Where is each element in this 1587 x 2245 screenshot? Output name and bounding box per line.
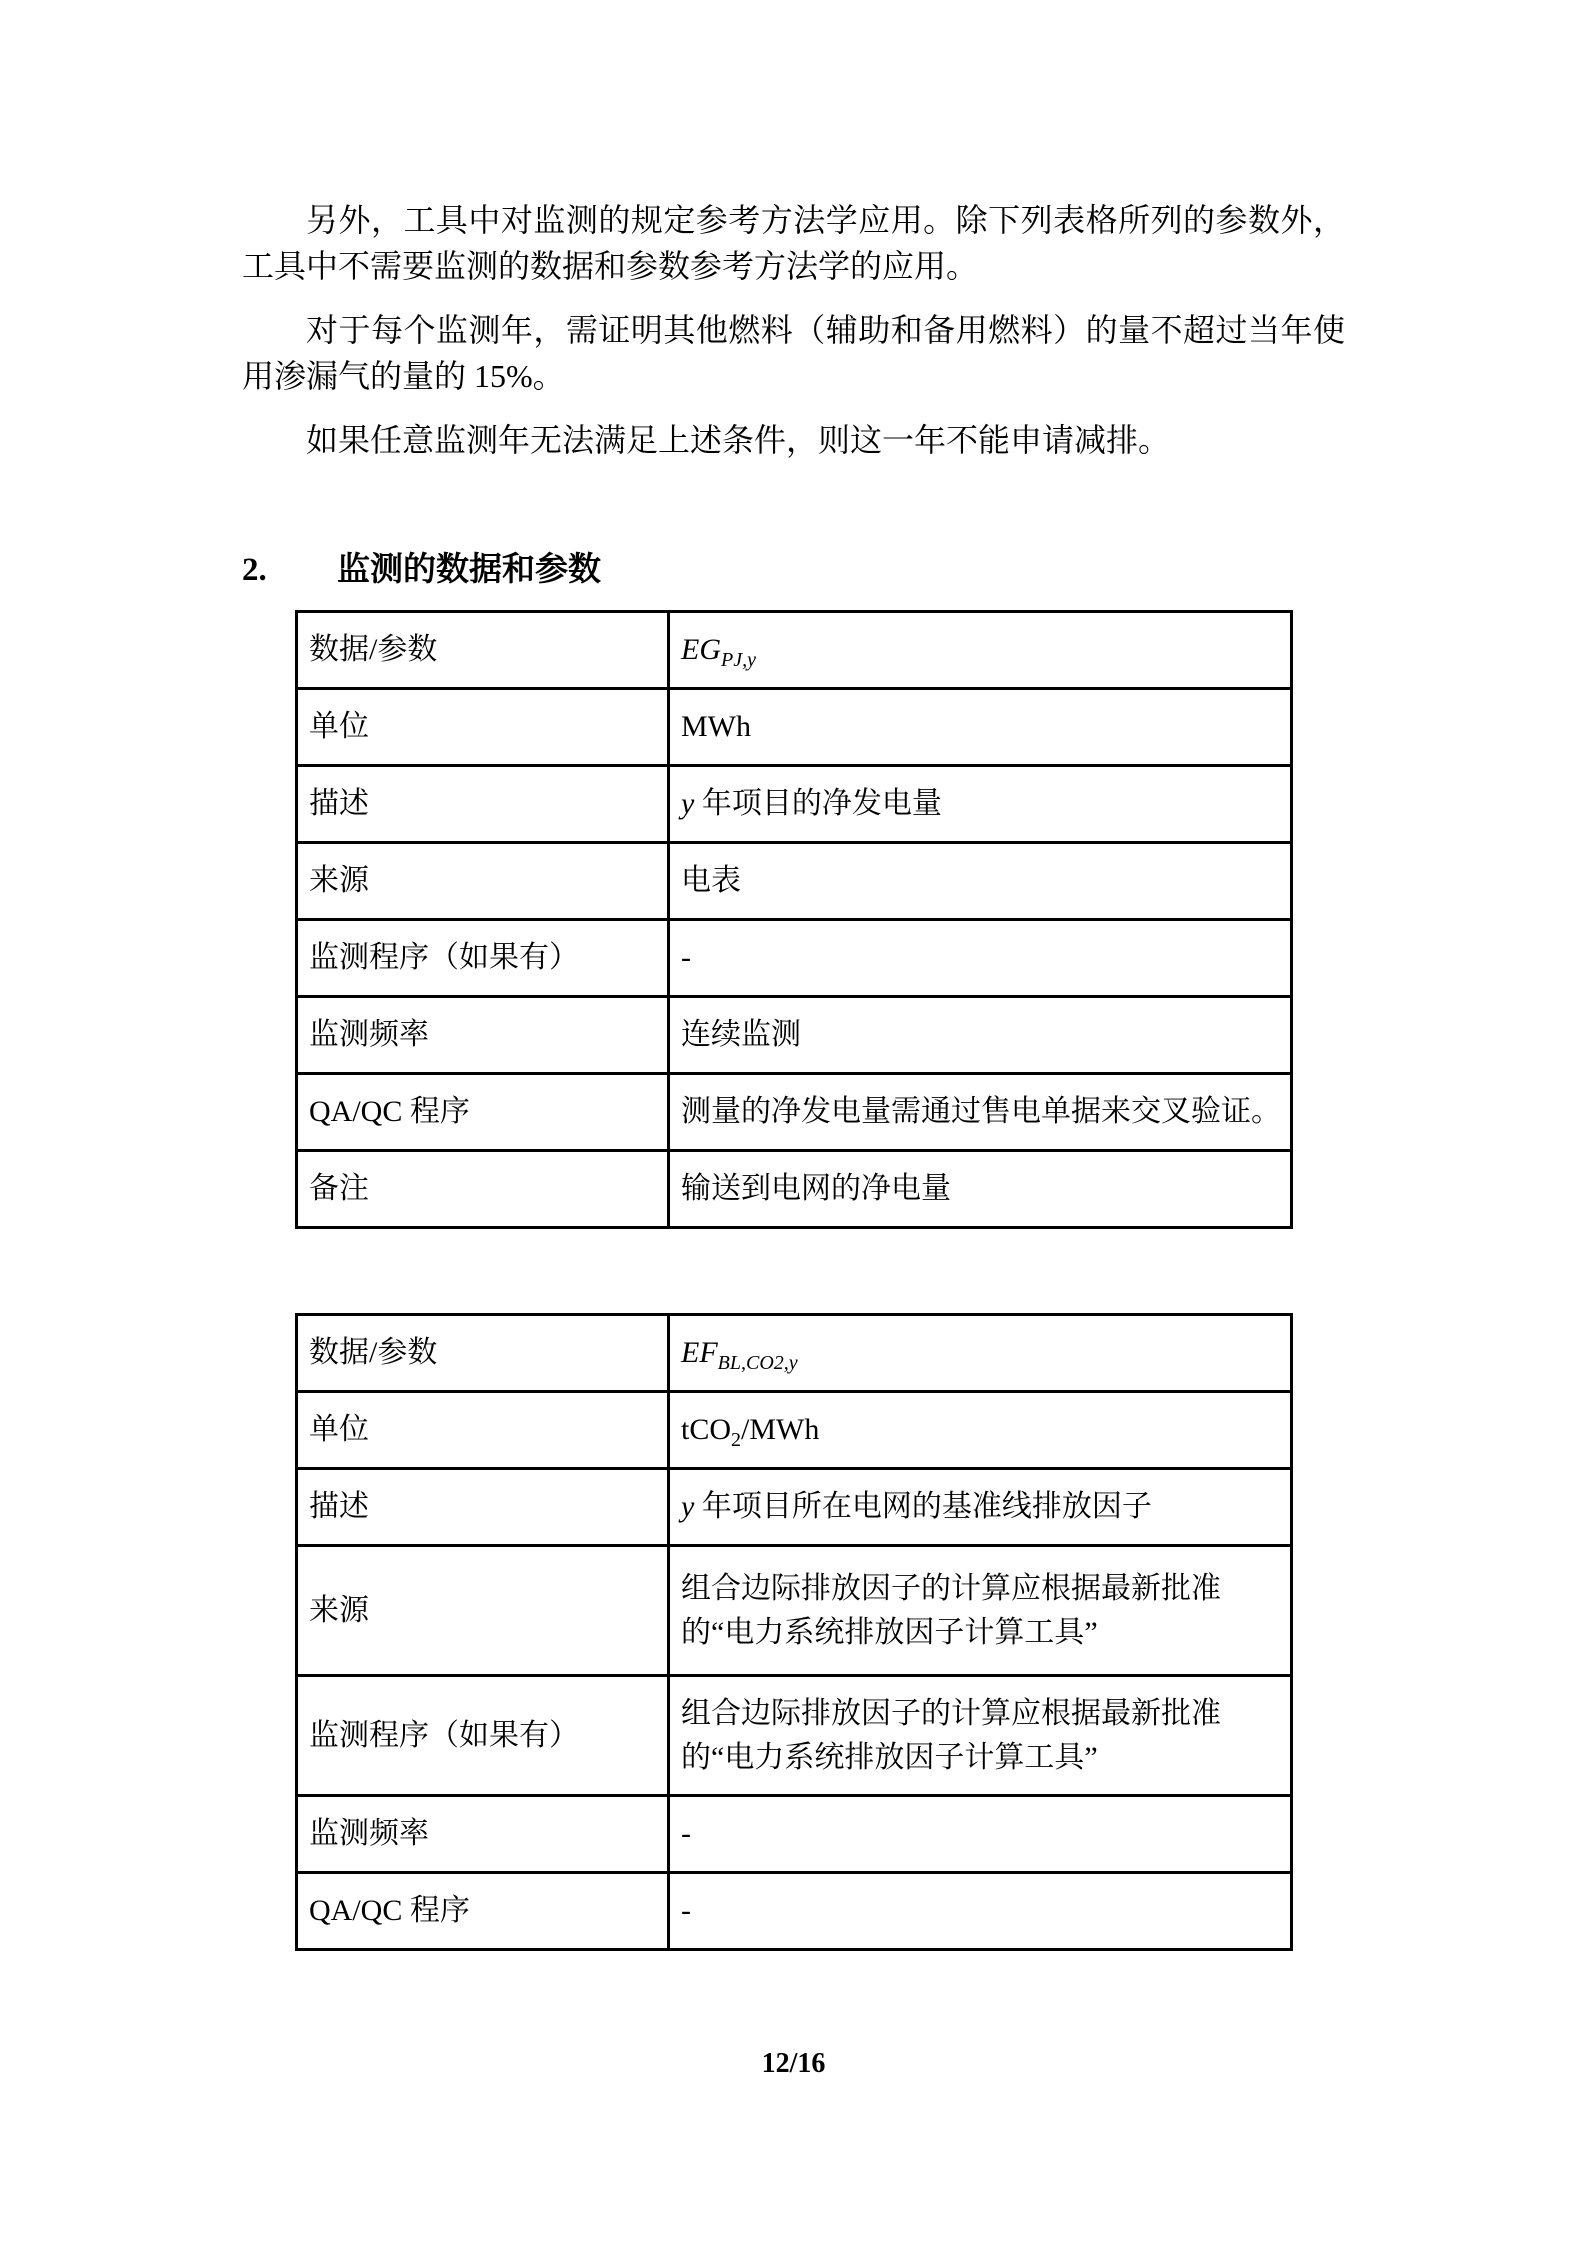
table-row: 监测频率 - xyxy=(297,1796,1292,1873)
unit-text: /MWh xyxy=(741,1413,819,1446)
document-page: 另外，工具中对监测的规定参考方法学应用。除下列表格所列的参数外，工具中不需要监测… xyxy=(0,0,1587,2245)
parameter-symbol: EF xyxy=(681,1336,718,1369)
paragraph: 如果任意监测年无法满足上述条件，则这一年不能申请减排。 xyxy=(242,417,1345,463)
row-label: QA/QC 程序 xyxy=(297,1873,669,1950)
section-heading: 2. 监测的数据和参数 xyxy=(242,547,1345,593)
row-value: EGPJ,y xyxy=(669,612,1292,689)
unit-text: tCO xyxy=(681,1413,731,1446)
table-row: 单位 MWh xyxy=(297,689,1292,766)
variable-symbol: y xyxy=(681,787,694,820)
variable-symbol: y xyxy=(681,1490,694,1523)
parameter-symbol: EG xyxy=(681,633,721,666)
row-value: MWh xyxy=(669,689,1292,766)
table-row: 数据/参数 EGPJ,y xyxy=(297,612,1292,689)
row-value: - xyxy=(669,1873,1292,1950)
table-row: 描述 y 年项目的净发电量 xyxy=(297,766,1292,843)
table-row: 监测频率 连续监测 xyxy=(297,997,1292,1074)
parameter-subscript: PJ,y xyxy=(721,649,756,671)
table-row: 描述 y 年项目所在电网的基准线排放因子 xyxy=(297,1469,1292,1546)
row-label: 监测程序（如果有） xyxy=(297,1676,669,1796)
row-label: 数据/参数 xyxy=(297,1315,669,1392)
unit-subscript: 2 xyxy=(731,1429,741,1451)
section-title: 监测的数据和参数 xyxy=(337,547,601,593)
parameter-table-eg: 数据/参数 EGPJ,y 单位 MWh 描述 y 年项目的净发电量 来源 电表 … xyxy=(295,610,1293,1229)
description-text: 年项目所在电网的基准线排放因子 xyxy=(694,1490,1152,1523)
table-row: 监测程序（如果有） 组合边际排放因子的计算应根据最新批准的“电力系统排放因子计算… xyxy=(297,1676,1292,1796)
description-text: 年项目的净发电量 xyxy=(694,787,942,820)
table-row: 单位 tCO2/MWh xyxy=(297,1392,1292,1469)
table-row: QA/QC 程序 - xyxy=(297,1873,1292,1950)
row-value: 连续监测 xyxy=(669,997,1292,1074)
parameter-table-ef: 数据/参数 EFBL,CO2,y 单位 tCO2/MWh 描述 y 年项目所在电… xyxy=(295,1313,1293,1951)
row-value: - xyxy=(669,920,1292,997)
parameter-subscript: BL,CO2,y xyxy=(718,1352,798,1374)
row-value: - xyxy=(669,1796,1292,1873)
table-row: 数据/参数 EFBL,CO2,y xyxy=(297,1315,1292,1392)
row-label: 单位 xyxy=(297,1392,669,1469)
table-row: 监测程序（如果有） - xyxy=(297,920,1292,997)
table-row: 备注 输送到电网的净电量 xyxy=(297,1151,1292,1228)
row-label: 监测频率 xyxy=(297,1796,669,1873)
row-value: 电表 xyxy=(669,843,1292,920)
row-label: 描述 xyxy=(297,1469,669,1546)
row-value: EFBL,CO2,y xyxy=(669,1315,1292,1392)
row-label: 备注 xyxy=(297,1151,669,1228)
row-label: 监测频率 xyxy=(297,997,669,1074)
row-value: 组合边际排放因子的计算应根据最新批准的“电力系统排放因子计算工具” xyxy=(669,1676,1292,1796)
section-number: 2. xyxy=(242,547,337,593)
row-label: 监测程序（如果有） xyxy=(297,920,669,997)
row-value: 组合边际排放因子的计算应根据最新批准的“电力系统排放因子计算工具” xyxy=(669,1546,1292,1676)
row-value: 测量的净发电量需通过售电单据来交叉验证。 xyxy=(669,1074,1292,1151)
table-row: QA/QC 程序 测量的净发电量需通过售电单据来交叉验证。 xyxy=(297,1074,1292,1151)
row-value: y 年项目的净发电量 xyxy=(669,766,1292,843)
page-number: 12/16 xyxy=(242,2047,1345,2080)
row-label: 数据/参数 xyxy=(297,612,669,689)
row-label: 描述 xyxy=(297,766,669,843)
row-value: y 年项目所在电网的基准线排放因子 xyxy=(669,1469,1292,1546)
paragraph: 另外，工具中对监测的规定参考方法学应用。除下列表格所列的参数外，工具中不需要监测… xyxy=(242,197,1345,289)
row-value: tCO2/MWh xyxy=(669,1392,1292,1469)
paragraph: 对于每个监测年，需证明其他燃料（辅助和备用燃料）的量不超过当年使用渗漏气的量的 … xyxy=(242,307,1345,399)
row-value: 输送到电网的净电量 xyxy=(669,1151,1292,1228)
row-label: 来源 xyxy=(297,1546,669,1676)
row-label: QA/QC 程序 xyxy=(297,1074,669,1151)
row-label: 单位 xyxy=(297,689,669,766)
table-row: 来源 组合边际排放因子的计算应根据最新批准的“电力系统排放因子计算工具” xyxy=(297,1546,1292,1676)
table-row: 来源 电表 xyxy=(297,843,1292,920)
row-label: 来源 xyxy=(297,843,669,920)
